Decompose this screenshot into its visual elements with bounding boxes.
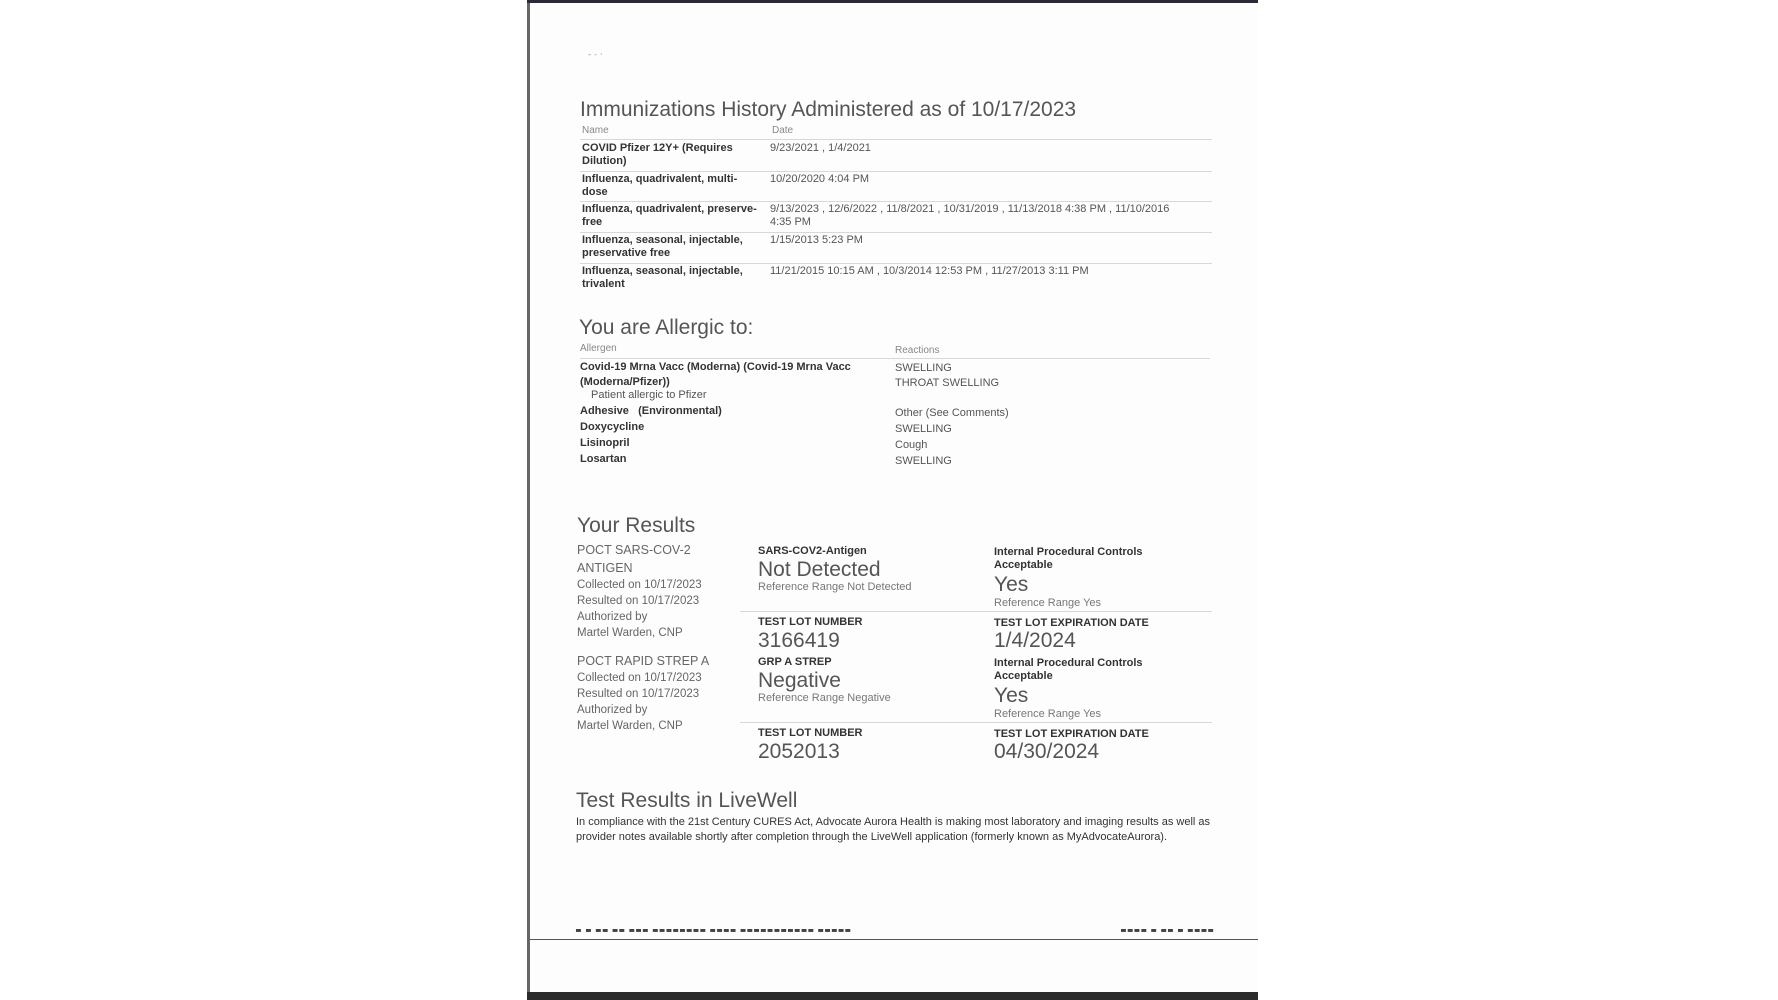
immunization-name: COVID Pfizer 12Y+ (Requires [582, 142, 733, 154]
immunizations-title: Immunizations History Administered as of… [580, 98, 1076, 122]
column-header-date: Date [772, 125, 793, 136]
divider [580, 263, 1212, 264]
immunization-date: 11/21/2015 10:15 AM , 10/3/2014 12:53 PM… [770, 265, 1089, 277]
footer-rule [530, 939, 1258, 940]
collected-date: Collected on 10/17/2023 [577, 672, 702, 684]
scan-smudge: ‐ ˗ · [588, 50, 603, 60]
divider [740, 611, 1212, 612]
controls-value: Yes [994, 684, 1028, 707]
allergy-reaction: SWELLING [895, 362, 952, 374]
immunization-name: Influenza, seasonal, injectable, [582, 234, 743, 246]
divider [580, 232, 1212, 233]
allergy-reaction: Other (See Comments) [895, 407, 1009, 419]
divider [580, 201, 1212, 202]
allergen-name: Losartan [580, 453, 626, 465]
test-name: POCT RAPID STREP A [577, 654, 709, 668]
divider [580, 139, 1212, 140]
lot-expiration-label: TEST LOT EXPIRATION DATE [994, 728, 1149, 740]
divider [580, 171, 1212, 172]
clipped-footer-text: ▪ ▪ ▪▪ ▪▪ ▪▪▪ ▪▪▪▪▪▪▪▪ ▪▪▪▪ ▪▪▪▪▪▪▪▪▪▪▪ … [575, 929, 1225, 935]
scan-top-edge [527, 0, 1258, 3]
controls-reference: Reference Range Yes [994, 597, 1101, 609]
test-name: POCT SARS-COV-2 [577, 543, 691, 557]
component-value: Negative [758, 669, 841, 692]
immunization-name: Influenza, quadrivalent, preserve- [582, 203, 757, 215]
immunization-date: 9/13/2023 , 12/6/2022 , 11/8/2021 , 10/3… [770, 203, 1169, 215]
allergen-name: Doxycycline [580, 421, 644, 433]
allergy-reaction: SWELLING [895, 455, 952, 467]
allergy-reaction: Cough [895, 439, 927, 451]
results-title: Your Results [577, 514, 695, 538]
collected-date: Collected on 10/17/2023 [577, 579, 702, 591]
livewell-notice: In compliance with the 21st Century CURE… [576, 815, 1216, 845]
controls-value: Yes [994, 573, 1028, 596]
divider [740, 722, 1212, 723]
controls-reference: Reference Range Yes [994, 708, 1101, 720]
immunization-date: 1/15/2013 5:23 PM [770, 234, 863, 246]
immunization-date: 9/23/2021 , 1/4/2021 [770, 142, 871, 154]
resulted-date: Resulted on 10/17/2023 [577, 595, 699, 607]
column-header-allergen: Allergen [580, 343, 617, 354]
allergy-reaction: SWELLING [895, 423, 952, 435]
reference-range: Reference Range Negative [758, 692, 891, 704]
immunization-name: Influenza, quadrivalent, multi- [582, 173, 737, 185]
reference-range: Reference Range Not Detected [758, 581, 911, 593]
lot-expiration-value: 1/4/2024 [994, 629, 1076, 652]
allergies-title: You are Allergic to: [579, 316, 753, 340]
livewell-title: Test Results in LiveWell [576, 789, 797, 813]
authorized-label: Authorized by [577, 704, 647, 716]
lot-number-value: 2052013 [758, 740, 840, 763]
authorized-label: Authorized by [577, 611, 647, 623]
column-header-reactions: Reactions [895, 345, 939, 356]
lot-number-label: TEST LOT NUMBER [758, 616, 863, 628]
allergen-name: Covid-19 Mrna Vacc (Moderna) (Covid-19 M… [580, 361, 851, 373]
lot-expiration-value: 04/30/2024 [994, 740, 1099, 763]
controls-label: Internal Procedural Controls [994, 546, 1143, 558]
immunization-date: 10/20/2020 4:04 PM [770, 173, 869, 185]
allergen-name: Lisinopril [580, 437, 630, 449]
authorized-by: Martel Warden, CNP [577, 720, 683, 732]
scan-bottom-edge [527, 992, 1258, 1000]
lot-number-value: 3166419 [758, 629, 840, 652]
immunization-name: Influenza, seasonal, injectable, [582, 265, 743, 277]
component-value: Not Detected [758, 558, 881, 581]
controls-label: Internal Procedural Controls [994, 657, 1143, 669]
component-label: SARS-COV2-Antigen [758, 545, 867, 557]
column-header-name: Name [582, 125, 609, 136]
resulted-date: Resulted on 10/17/2023 [577, 688, 699, 700]
authorized-by: Martel Warden, CNP [577, 627, 683, 639]
divider [580, 358, 1210, 359]
allergy-note: Patient allergic to Pfizer [591, 389, 707, 401]
allergen-name: Adhesive (Environmental) [580, 405, 722, 417]
lot-number-label: TEST LOT NUMBER [758, 727, 863, 739]
component-label: GRP A STREP [758, 656, 832, 668]
lot-expiration-label: TEST LOT EXPIRATION DATE [994, 617, 1149, 629]
